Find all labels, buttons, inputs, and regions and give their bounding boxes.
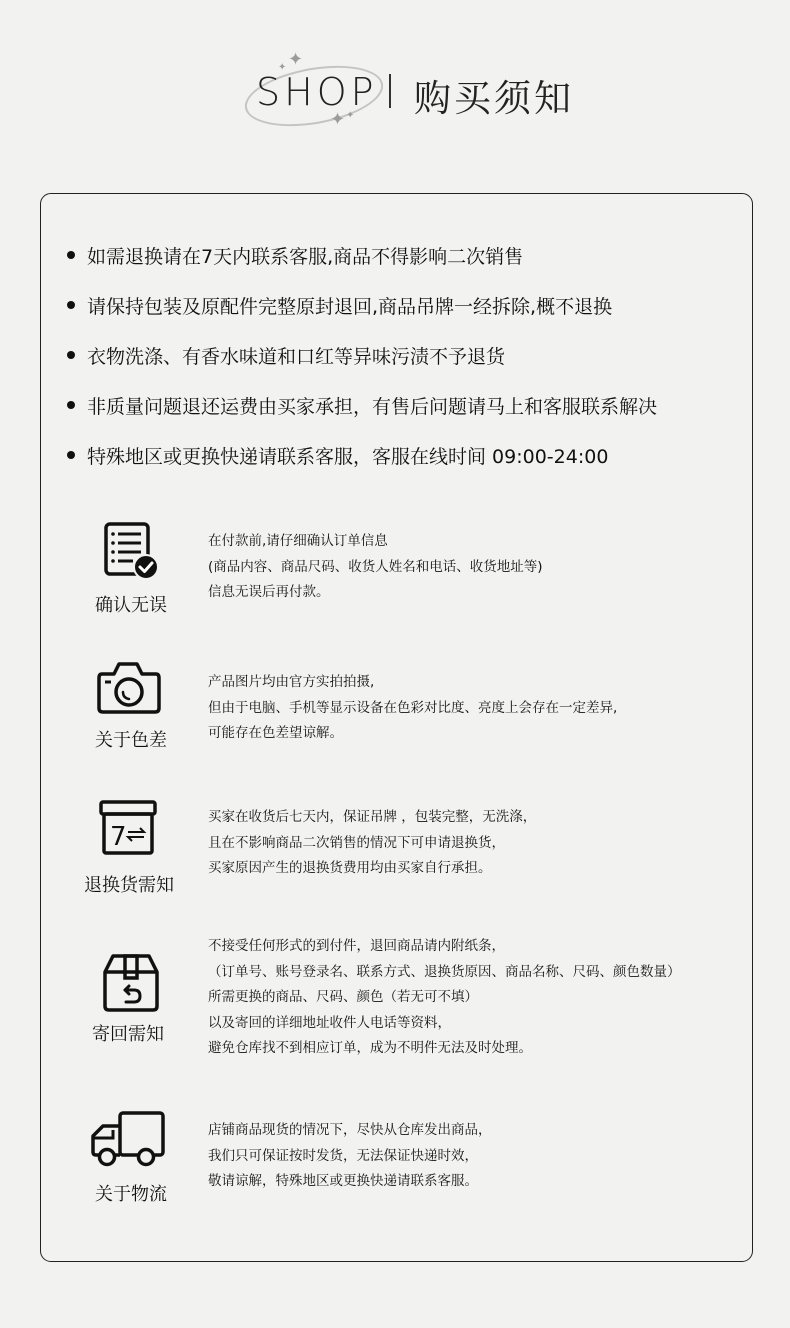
bullet-icon xyxy=(67,351,75,359)
section-label: 寄回需知 xyxy=(92,1020,164,1046)
rule-item: 请保持包装及原配件完整原封退回,商品吊牌一经拆除,概不退换 xyxy=(67,280,657,330)
page-header: ✦ ✦ ✦ ✦ SHOP 购买须知 xyxy=(0,50,790,140)
camera-icon xyxy=(96,658,176,722)
seven-day-return-icon: 7 xyxy=(98,799,178,863)
section-label: 关于色差 xyxy=(95,726,167,752)
section-text: 在付款前,请仔细确认订单信息 (商品内容、商品尺码、收货人姓名和电话、收货地址等… xyxy=(208,529,543,606)
section-label: 退换货需知 xyxy=(84,871,174,897)
header-divider xyxy=(389,74,391,108)
bullet-icon xyxy=(67,251,75,259)
checklist-icon xyxy=(101,521,181,585)
svg-text:7: 7 xyxy=(110,822,127,852)
rule-item: 如需退换请在7天内联系客服,商品不得影响二次销售 xyxy=(67,230,657,280)
section-label: 关于物流 xyxy=(95,1180,167,1206)
rule-item: 非质量问题退还运费由买家承担，有售后问题请马上和客服联系解决 xyxy=(67,380,657,430)
notice-card: 如需退换请在7天内联系客服,商品不得影响二次销售 请保持包装及原配件完整原封退回… xyxy=(40,193,753,1262)
rules-list: 如需退换请在7天内联系客服,商品不得影响二次销售 请保持包装及原配件完整原封退回… xyxy=(67,230,657,480)
sparkle-icon: ✦ xyxy=(288,52,303,68)
section-text: 店铺商品现货的情况下，尽快从仓库发出商品， 我们只可保证按时发货，无法保证快递时… xyxy=(208,1118,492,1195)
delivery-truck-icon xyxy=(89,1110,169,1174)
page-title: 购买须知 xyxy=(414,68,574,122)
return-box-icon xyxy=(101,952,181,1016)
rule-item: 衣物洗涤、有香水味道和口红等异味污渍不予退货 xyxy=(67,330,657,380)
rule-item: 特殊地区或更换快递请联系客服，客服在线时间 09:00-24:00 xyxy=(67,430,657,480)
section-text: 产品图片均由官方实拍拍摄, 但由于电脑、手机等显示设备在色彩对比度、亮度上会存在… xyxy=(208,670,617,747)
bullet-icon xyxy=(67,451,75,459)
shop-logo: ✦ ✦ ✦ ✦ SHOP xyxy=(238,50,388,140)
bullet-icon xyxy=(67,301,75,309)
sparkle-icon: ✦ xyxy=(330,112,345,128)
logo-text: SHOP xyxy=(256,70,378,114)
section-label: 确认无误 xyxy=(95,591,167,617)
bullet-icon xyxy=(67,401,75,409)
section-text: 不接受任何形式的到付件，退回商品请内附纸条， （订单号、账号登录名、联系方式、退… xyxy=(208,934,681,1062)
section-text: 买家在收货后七天内，保证吊牌 ，包装完整，无洗涤， 且在不影响商品二次销售的情况… xyxy=(208,805,536,882)
